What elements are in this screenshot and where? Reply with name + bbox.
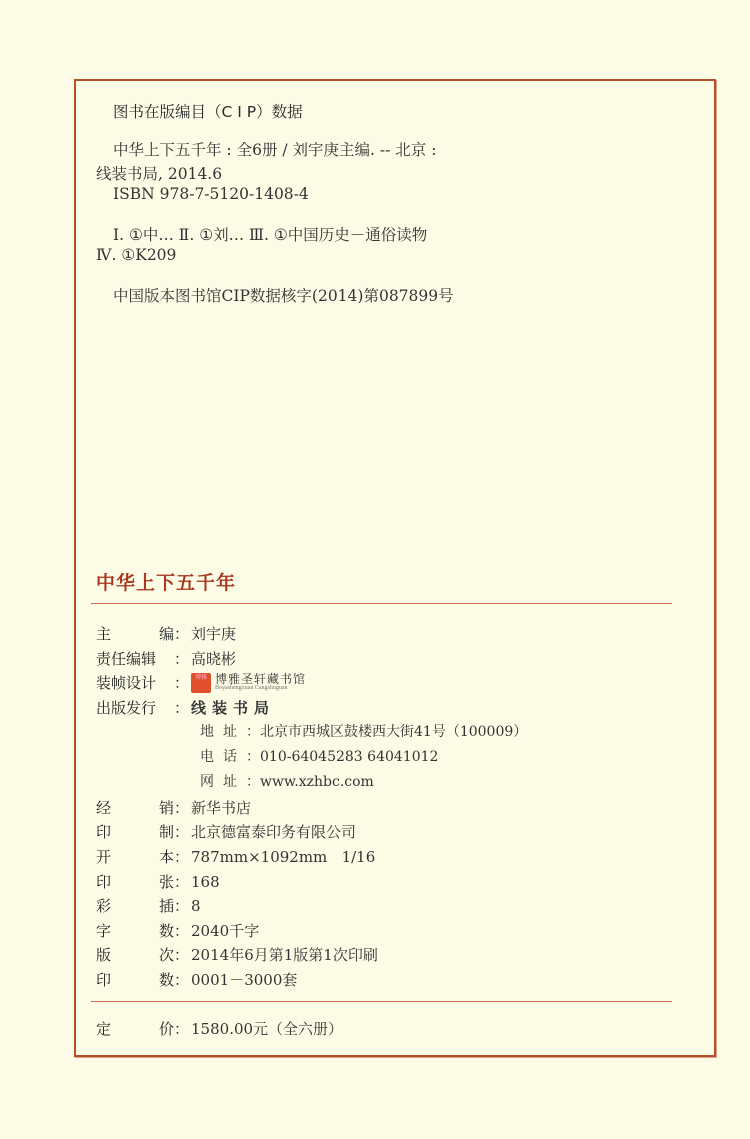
cip-isbn: ISBN 978-7-5120-1408-4 <box>113 185 309 203</box>
spec-row: 经销：新华书店 <box>96 797 251 818</box>
spec-row: 印数：0001－3000套 <box>96 969 297 990</box>
spec-row: 开本：787mm×1092mm 1/16 <box>96 846 375 867</box>
cip-heading: 图书在版编目（C I P）数据 <box>113 100 303 122</box>
publisher-name: 线装书局 <box>191 697 275 718</box>
price-row: 定价：1580.00元（全六册） <box>96 1018 343 1039</box>
studio-logo: 博雅 博雅圣轩藏书馆 Boyashengxuan Cangshuguan <box>191 673 306 693</box>
title-divider <box>91 603 672 604</box>
cip-record-number: 中国版本图书馆CIP数据核字(2014)第087899号 <box>113 284 454 306</box>
cip-classification: Ⅰ. ①中… Ⅱ. ①刘… Ⅲ. ①中国历史－通俗读物 <box>113 223 427 245</box>
credit-binding-design: 装帧设计： 博雅 博雅圣轩藏书馆 Boyashengxuan Cangshugu… <box>96 672 306 693</box>
publisher-website: 网址：www.xzhbc.com <box>200 771 374 791</box>
credit-editor-in-chief: 主编： 刘宇庚 <box>96 623 236 644</box>
cip-line: 中华上下五千年 : 全6册 / 刘宇庚主编. -- 北京 : <box>113 138 436 160</box>
spec-row: 字数：2040千字 <box>96 920 259 941</box>
credit-responsible-editor: 责任编辑： 高晓彬 <box>96 648 236 669</box>
publisher-phone: 电话：010-64045283 64041012 <box>200 746 438 766</box>
spec-row: 印张：168 <box>96 871 220 892</box>
seal-stamp-icon: 博雅 <box>191 673 211 693</box>
spec-row: 印制：北京德富泰印务有限公司 <box>96 821 356 842</box>
cip-classification-code: Ⅳ. ①K209 <box>96 246 176 264</box>
credit-publisher: 出版发行： 线装书局 <box>96 697 275 718</box>
publisher-address: 地址：北京市西城区鼓楼西大街41号（100009） <box>200 721 527 741</box>
book-title: 中华上下五千年 <box>96 568 236 595</box>
cip-line: 线装书局, 2014.6 <box>96 162 222 184</box>
editor-in-chief-value: 刘宇庚 <box>191 623 236 644</box>
spec-row: 彩插：8 <box>96 895 201 916</box>
spec-row: 版次：2014年6月第1版第1次印刷 <box>96 944 378 965</box>
price-divider <box>91 1001 672 1002</box>
